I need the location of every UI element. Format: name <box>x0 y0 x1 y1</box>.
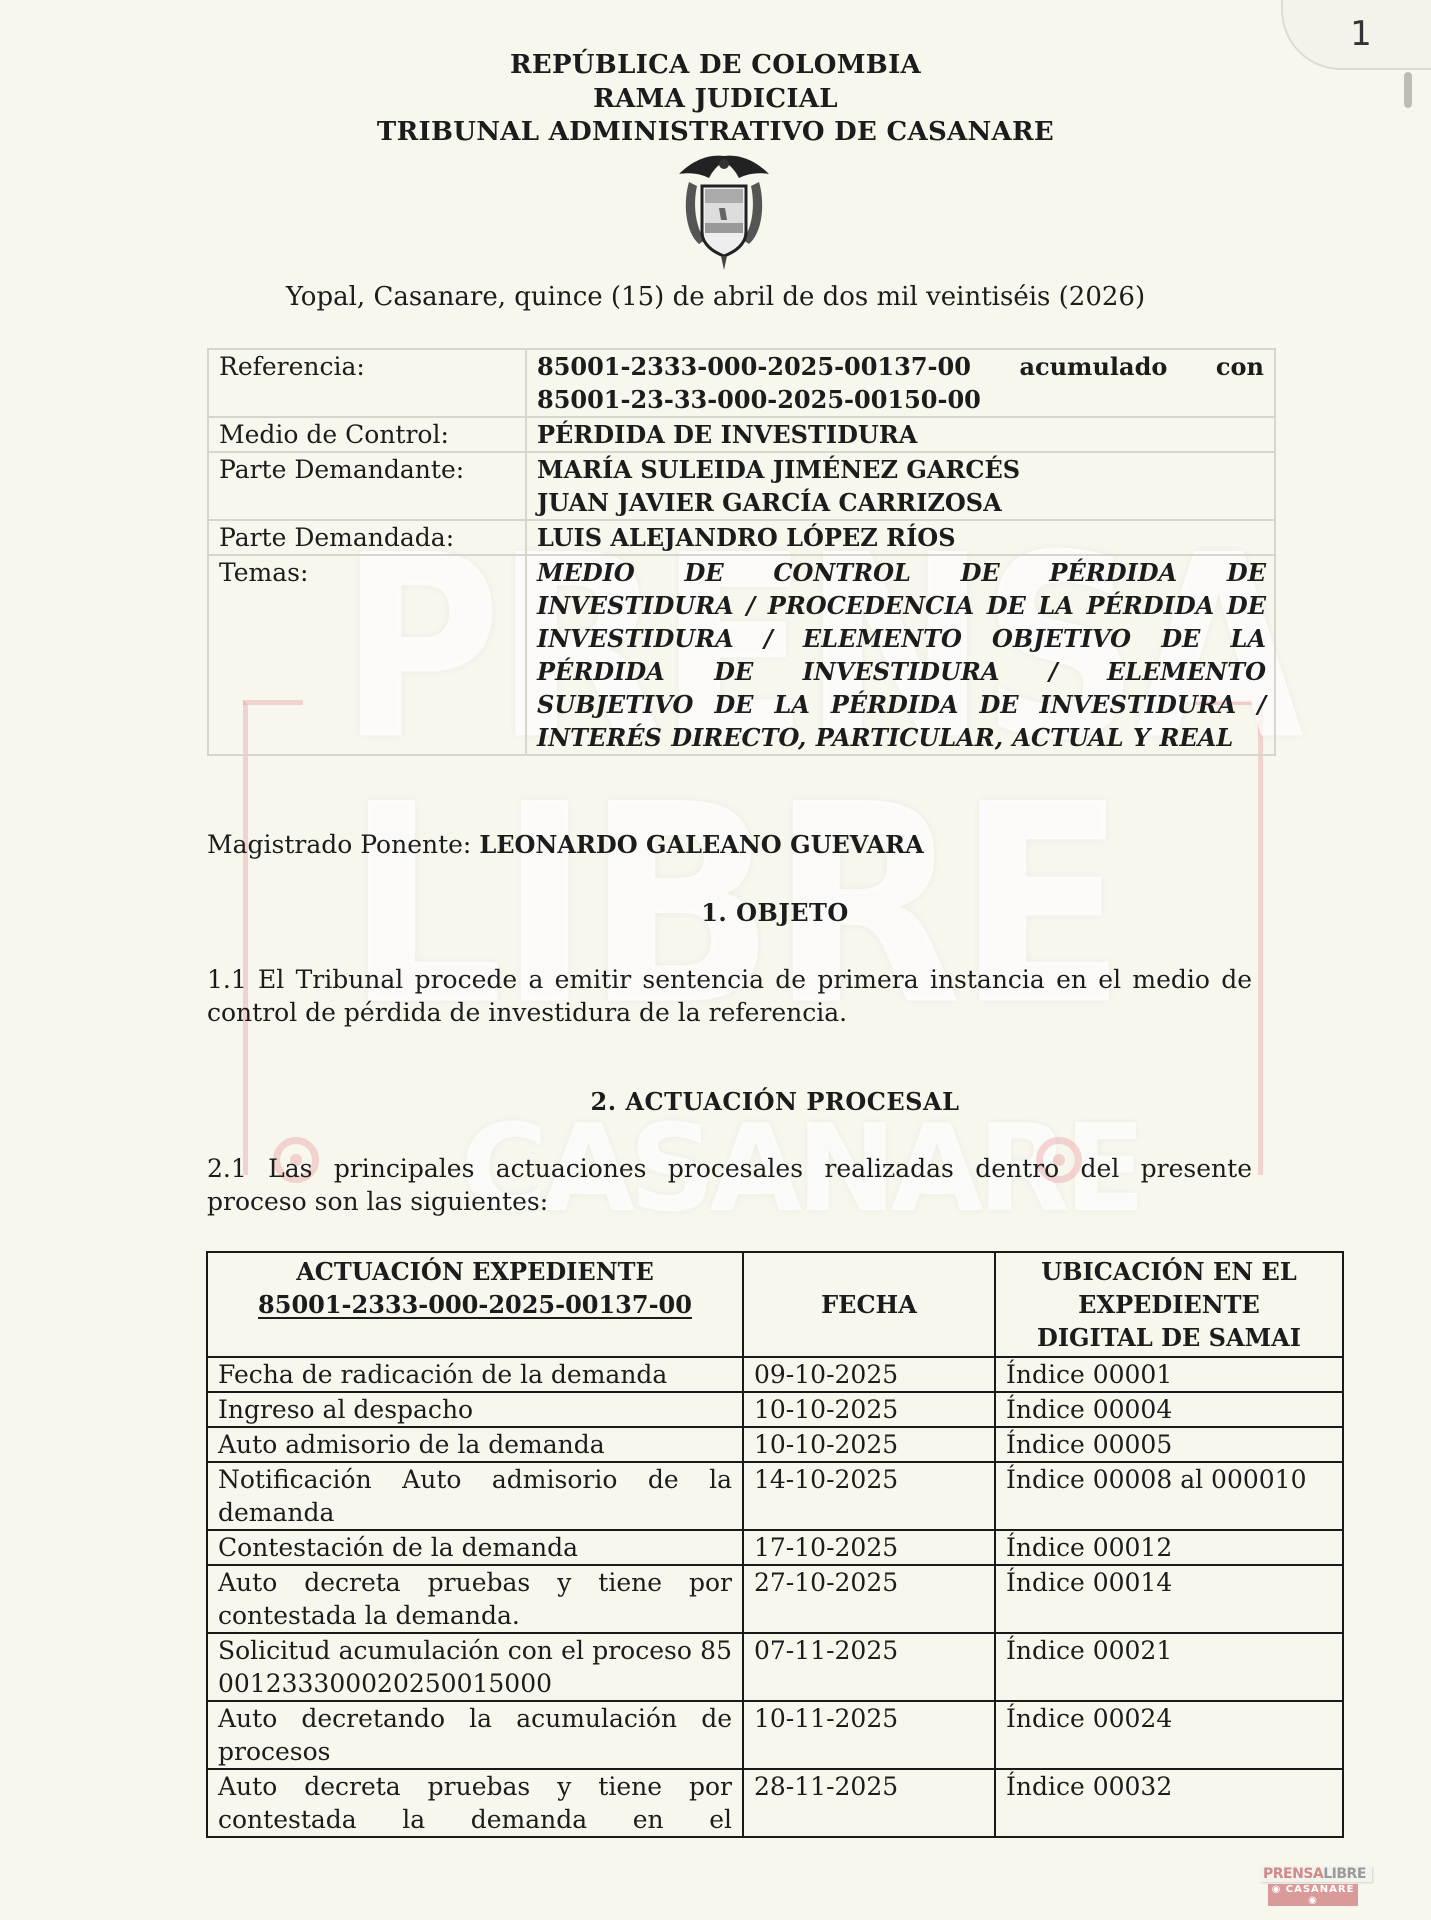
date-line: Yopal, Casanare, quince (15) de abril de… <box>0 282 1431 312</box>
colombia-coat-of-arms-icon <box>669 152 779 270</box>
cell-fecha: 28-11-2025 <box>743 1769 995 1837</box>
cell-fecha: 17-10-2025 <box>743 1530 995 1565</box>
cell-fecha: 10-10-2025 <box>743 1427 995 1462</box>
section-title-objeto: 1. OBJETO <box>0 898 1431 927</box>
table-row: Auto decretando la acumulación de proces… <box>207 1701 1343 1769</box>
cell-fecha: 10-11-2025 <box>743 1701 995 1769</box>
cell-fecha: 14-10-2025 <box>743 1462 995 1530</box>
plaintiff-name: MARÍA SULEIDA JIMÉNEZ GARCÉS <box>537 453 1264 486</box>
topics-value: MEDIO DE CONTROL DE PÉRDIDA DE INVESTIDU… <box>526 555 1275 755</box>
cell-fecha: 09-10-2025 <box>743 1357 995 1392</box>
defendant-row: Parte Demandada: LUIS ALEJANDRO LÓPEZ RÍ… <box>208 520 1275 555</box>
row-value: 85001-2333-000-2025-00137-00 acumulado c… <box>526 349 1275 417</box>
cell-ubicacion: Índice 00032 <box>995 1769 1343 1837</box>
row-value: PÉRDIDA DE INVESTIDURA <box>526 417 1275 452</box>
section-paragraph-actuacion: 2.1 Las principales actuaciones procesal… <box>207 1152 1252 1218</box>
control-medium-row: Medio de Control: PÉRDIDA DE INVESTIDURA <box>208 417 1275 452</box>
accumulated-reference-number: 85001-23-33-000-2025-00150-00 <box>537 383 1264 416</box>
section-paragraph-objeto: 1.1 El Tribunal procede a emitir sentenc… <box>207 963 1252 1029</box>
header-branch: RAMA JUDICIAL <box>0 84 1431 114</box>
cell-ubicacion: Índice 00012 <box>995 1530 1343 1565</box>
cell-actuacion: Auto admisorio de la demanda <box>207 1427 743 1462</box>
cell-ubicacion: Índice 00001 <box>995 1357 1343 1392</box>
section-title-actuacion: 2. ACTUACIÓN PROCESAL <box>0 1087 1431 1116</box>
reference-row: Referencia: 85001-2333-000-2025-00137-00… <box>208 349 1275 417</box>
cell-actuacion: Auto decretando la acumulación de proces… <box>207 1701 743 1769</box>
header-country: REPÚBLICA DE COLOMBIA <box>0 50 1431 80</box>
cell-ubicacion: Índice 00024 <box>995 1701 1343 1769</box>
row-label: Medio de Control: <box>208 417 526 452</box>
cell-fecha: 10-10-2025 <box>743 1392 995 1427</box>
cell-actuacion: Auto decreta pruebas y tiene por contest… <box>207 1565 743 1633</box>
table-row: Solicitud acumulación con el proceso 850… <box>207 1633 1343 1701</box>
reference-number: 85001-2333-000-2025-00137-00 acumulado c… <box>537 350 1264 383</box>
logo-word-prensa: PRENSA <box>1263 1866 1323 1882</box>
plaintiff-row: Parte Demandante: MARÍA SULEIDA JIMÉNEZ … <box>208 452 1275 520</box>
row-label: Parte Demandante: <box>208 452 526 520</box>
logo-subtitle: ◉ CASANARE ◉ <box>1268 1884 1358 1906</box>
magistrado-name: LEONARDO GALEANO GUEVARA <box>479 830 923 859</box>
column-header-fecha: FECHA <box>743 1252 995 1357</box>
cell-actuacion: Auto decreta pruebas y tiene por contest… <box>207 1769 743 1837</box>
page-number: 1 <box>1350 14 1372 54</box>
topics-row: Temas: MEDIO DE CONTROL DE PÉRDIDA DE IN… <box>208 555 1275 755</box>
column-header-ubicacion: UBICACIÓN EN EL EXPEDIENTE DIGITAL DE SA… <box>995 1252 1343 1357</box>
control-medium: PÉRDIDA DE INVESTIDURA <box>537 418 1264 451</box>
table-row: Auto decreta pruebas y tiene por contest… <box>207 1769 1343 1837</box>
logo-word-libre: LIBRE <box>1323 1866 1366 1882</box>
reference-table: Referencia: 85001-2333-000-2025-00137-00… <box>207 348 1276 756</box>
cell-ubicacion: Índice 00004 <box>995 1392 1343 1427</box>
cell-fecha: 07-11-2025 <box>743 1633 995 1701</box>
table-row: Notificación Auto admisorio de la demand… <box>207 1462 1343 1530</box>
cell-fecha: 27-10-2025 <box>743 1565 995 1633</box>
logo-wordmark: PRENSALIBRE <box>1260 1866 1372 1882</box>
column-header-actuacion: ACTUACIÓN EXPEDIENTE 85001-2333-000-2025… <box>207 1252 743 1357</box>
table-header-row: ACTUACIÓN EXPEDIENTE 85001-2333-000-2025… <box>207 1252 1343 1357</box>
plaintiff-name: JUAN JAVIER GARCÍA CARRIZOSA <box>537 486 1264 519</box>
row-value: MARÍA SULEIDA JIMÉNEZ GARCÉS JUAN JAVIER… <box>526 452 1275 520</box>
cell-actuacion: Fecha de radicación de la demanda <box>207 1357 743 1392</box>
cell-actuacion: Contestación de la demanda <box>207 1530 743 1565</box>
cell-ubicacion: Índice 00014 <box>995 1565 1343 1633</box>
magistrado-ponente: Magistrado Ponente: LEONARDO GALEANO GUE… <box>207 830 924 859</box>
cell-ubicacion: Índice 00021 <box>995 1633 1343 1701</box>
cell-actuacion: Notificación Auto admisorio de la demand… <box>207 1462 743 1530</box>
defendant-name: LUIS ALEJANDRO LÓPEZ RÍOS <box>537 521 1264 554</box>
cell-ubicacion: Índice 00005 <box>995 1427 1343 1462</box>
row-label: Temas: <box>208 555 526 755</box>
row-label: Referencia: <box>208 349 526 417</box>
cell-ubicacion: Índice 00008 al 000010 <box>995 1462 1343 1530</box>
table-row: Ingreso al despacho 10-10-2025 Índice 00… <box>207 1392 1343 1427</box>
prensa-libre-logo: PRENSALIBRE ◉ CASANARE ◉ <box>1260 1866 1372 1906</box>
table-row: Auto decreta pruebas y tiene por contest… <box>207 1565 1343 1633</box>
cell-actuacion: Solicitud acumulación con el proceso 850… <box>207 1633 743 1701</box>
row-value: LUIS ALEJANDRO LÓPEZ RÍOS <box>526 520 1275 555</box>
actuaciones-table: ACTUACIÓN EXPEDIENTE 85001-2333-000-2025… <box>206 1251 1344 1838</box>
table-row: Fecha de radicación de la demanda 09-10-… <box>207 1357 1343 1392</box>
table-row: Contestación de la demanda 17-10-2025 Ín… <box>207 1530 1343 1565</box>
row-label: Parte Demandada: <box>208 520 526 555</box>
magistrado-label: Magistrado Ponente: <box>207 830 471 859</box>
header-actuacion-title: ACTUACIÓN EXPEDIENTE <box>214 1255 736 1288</box>
header-court: TRIBUNAL ADMINISTRATIVO DE CASANARE <box>0 117 1431 147</box>
table-row: Auto admisorio de la demanda 10-10-2025 … <box>207 1427 1343 1462</box>
cell-actuacion: Ingreso al despacho <box>207 1392 743 1427</box>
header-expediente-number: 85001-2333-000-2025-00137-00 <box>214 1288 736 1321</box>
